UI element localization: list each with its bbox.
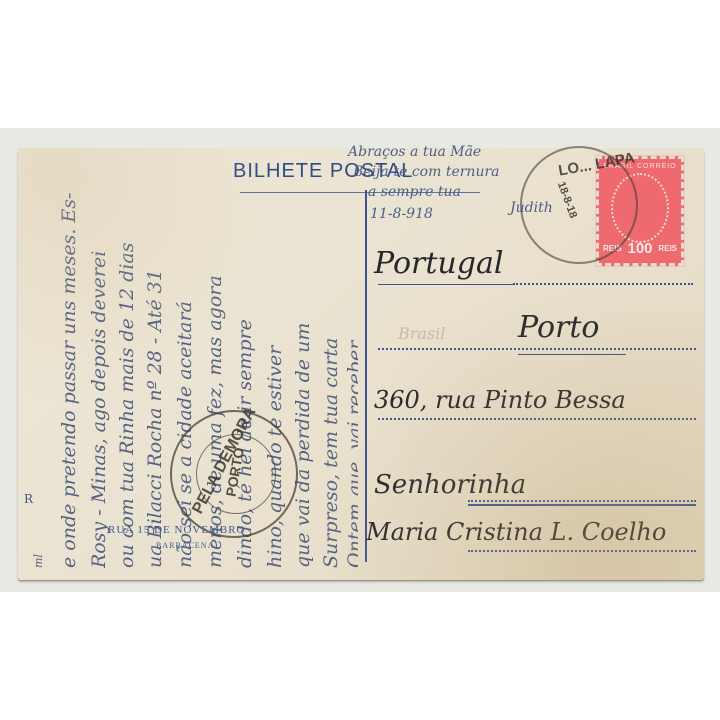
postmark-lapa: LO... LAPA 18-8-18 [520, 146, 638, 264]
address-line-1 [513, 283, 693, 285]
date-written: 11-8-918 [370, 206, 433, 222]
correspondence-column: ou com tua Rinha mais de 12 dias [116, 158, 138, 568]
postmark-lapa-text: LO... LAPA [557, 149, 636, 179]
correspondence-column: que vai da perdida de um [292, 158, 314, 568]
salutation-underline [468, 504, 696, 506]
margin-mark: R [24, 492, 33, 506]
greeting-line: Abraços a tua Mãe [348, 144, 481, 160]
center-divider [365, 190, 367, 562]
address-recipient: Maria Cristina L. Coelho [366, 518, 666, 546]
address-line-4 [468, 500, 696, 502]
correspondence-column: ua Bilacci Rocha nº 28 - Até 31 [144, 158, 166, 568]
stamp-currency-right: REIS [658, 244, 677, 253]
correspondence-column: Surpreso, tem tua carta [320, 158, 342, 568]
correspondence-column: ml [32, 158, 45, 568]
pencil-note: Brasil [398, 324, 445, 343]
address-line-5 [468, 550, 696, 552]
postmark-lapa-date: 18-8-18 [555, 180, 579, 220]
address-country: Portugal [374, 246, 503, 281]
publisher-city: BARBACENA [156, 541, 214, 550]
city-underline [518, 354, 626, 355]
address-street: 360, rua Pinto Bessa [374, 386, 626, 414]
address-city: Porto [518, 310, 600, 345]
correspondence-column: Rosy - Minas, ago depois deverei [88, 158, 110, 568]
stamp-value: 100 [627, 240, 652, 257]
postmark-pela-demora: PELA DEMORA PORTO [170, 410, 298, 538]
correspondence-column: Ontem que, vai receber [344, 158, 358, 568]
address-line-3 [378, 418, 696, 420]
address-salutation: Senhorinha [374, 470, 526, 500]
postcard: ml e onde pretendo passar uns meses. Es-… [18, 148, 704, 580]
correspondence-column: e onde pretendo passar uns meses. Es- [58, 158, 80, 568]
greeting-line: Beija-te com ternura [353, 164, 500, 180]
country-underline [378, 284, 514, 285]
greeting-line: a sempre tua [368, 184, 461, 200]
publisher-imprint: RUA 15 DE NOVEMBRO [108, 524, 245, 536]
address-line-2 [378, 348, 696, 350]
